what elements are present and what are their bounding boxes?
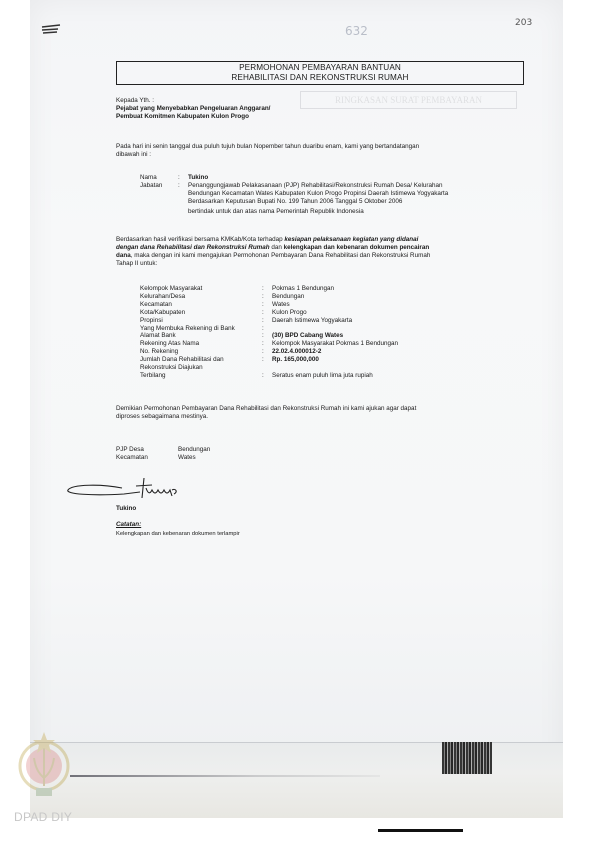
position-colon: :: [178, 182, 180, 190]
detail-label: Jumlah Dana Rehabilitasi dan: [140, 356, 224, 364]
detail-colon: :: [262, 356, 264, 364]
detail-label: Alamat Bank: [140, 332, 176, 340]
basis-line-3: dana, maka dengan ini kami mengajukan Pe…: [116, 252, 430, 260]
detail-value: Rp. 165,000,000: [272, 356, 319, 364]
detail-value: (30) BPD Cabang Wates: [272, 332, 343, 340]
detail-row: Kota/Kabupaten:Kulon Progo: [140, 309, 540, 317]
detail-row: Yang Membuka Rekening di Bank:: [140, 325, 540, 333]
signature-icon: [62, 472, 197, 502]
detail-colon: :: [262, 325, 264, 333]
detail-value: Bendungan: [272, 293, 304, 301]
detail-row: No. Rekening:22.02.4.000012-2: [140, 348, 540, 356]
detail-label: Rekonstruksi Diajukan: [140, 364, 203, 372]
detail-colon: :: [262, 293, 264, 301]
detail-value: Daerah Istimewa Yogyakarta: [272, 317, 352, 325]
position-line-4: bertindak untuk dan atas nama Pemerintah…: [188, 208, 364, 216]
bleed-through-text: RINGKASAN SURAT PEMBAYARAN: [300, 91, 517, 109]
detail-row: Alamat Bank:(30) BPD Cabang Wates: [140, 332, 540, 340]
qr-code-icon: [442, 742, 492, 774]
detail-label: Kecamatan: [140, 301, 172, 309]
closing-line-2: diproses sebagaimana mestinya.: [116, 413, 208, 421]
title-line-1: PERMOHONAN PEMBAYARAN BANTUAN: [117, 63, 523, 73]
detail-label: Propinsi: [140, 317, 163, 325]
detail-row: Propinsi:Daerah Istimewa Yogyakarta: [140, 317, 540, 325]
detail-label: Kelompok Masyarakat: [140, 285, 202, 293]
detail-colon: :: [262, 317, 264, 325]
document-title-box: PERMOHONAN PEMBAYARAN BANTUAN REHABILITA…: [116, 61, 524, 85]
signer-name: Tukino: [116, 505, 136, 513]
archive-emblem-icon: [14, 728, 74, 798]
handwritten-number-center: 632: [345, 24, 368, 38]
detail-row: Kelompok Masyarakat:Pokmas 1 Bendungan: [140, 285, 540, 293]
detail-colon: :: [262, 285, 264, 293]
intro-line-1: Pada hari ini senin tanggal dua puluh tu…: [116, 143, 419, 151]
note-heading: Catatan:: [116, 521, 141, 529]
detail-label: Terbilang: [140, 372, 166, 380]
handwritten-number-top-right: 203: [515, 18, 532, 28]
detail-value: Kulon Progo: [272, 309, 307, 317]
detail-colon: :: [262, 340, 264, 348]
kecamatan-label: Kecamatan: [116, 454, 148, 462]
detail-label: Kota/Kabupaten: [140, 309, 185, 317]
detail-row: Jumlah Dana Rehabilitasi dan:Rp. 165,000…: [140, 356, 540, 364]
detail-label: Yang Membuka Rekening di Bank: [140, 325, 235, 333]
detail-colon: :: [262, 301, 264, 309]
detail-colon: :: [262, 372, 264, 380]
title-line-2: REHABILITASI DAN REKONSTRUKSI RUMAH: [117, 73, 523, 83]
detail-colon: :: [262, 348, 264, 356]
detail-value: 22.02.4.000012-2: [272, 348, 321, 356]
kecamatan-value: Wates: [178, 454, 196, 462]
detail-label: No. Rekening: [140, 348, 178, 356]
detail-colon: :: [262, 309, 264, 317]
detail-label: Rekening Atas Nama: [140, 340, 199, 348]
detail-row: Terbilang:Seratus enam puluh lima juta r…: [140, 372, 540, 380]
detail-row: Kecamatan:Wates: [140, 301, 540, 309]
detail-label: Kelurahan/Desa: [140, 293, 185, 301]
detail-value: Kelompok Masyarakat Pokmas 1 Bendungan: [272, 340, 398, 348]
basis-line-4: Tahap II untuk:: [116, 260, 157, 268]
detail-row: Kelurahan/Desa:Bendungan: [140, 293, 540, 301]
detail-row: Rekening Atas Nama:Kelompok Masyarakat P…: [140, 340, 540, 348]
position-label: Jabatan: [140, 182, 162, 190]
position-line-3: Berdasarkan Keputusan Bupati No. 199 Tah…: [188, 198, 402, 206]
detail-value: Pokmas 1 Bendungan: [272, 285, 334, 293]
bottom-bar: [378, 829, 463, 832]
addressee-line-2: Pembuat Komitmen Kabupaten Kulon Progo: [116, 113, 249, 121]
crease-line: [70, 775, 380, 777]
intro-line-2: dibawah ini :: [116, 151, 151, 159]
detail-row: Rekonstruksi Diajukan: [140, 364, 540, 372]
detail-colon: :: [262, 332, 264, 340]
detail-value: Seratus enam puluh lima juta rupiah: [272, 372, 373, 380]
detail-value: Wates: [272, 301, 290, 309]
note-text: Kelengkapan dan kebenaran dokumen terlam…: [116, 530, 240, 538]
watermark-text: DPAD DIY: [14, 810, 72, 824]
staple-mark-icon: [40, 24, 62, 34]
